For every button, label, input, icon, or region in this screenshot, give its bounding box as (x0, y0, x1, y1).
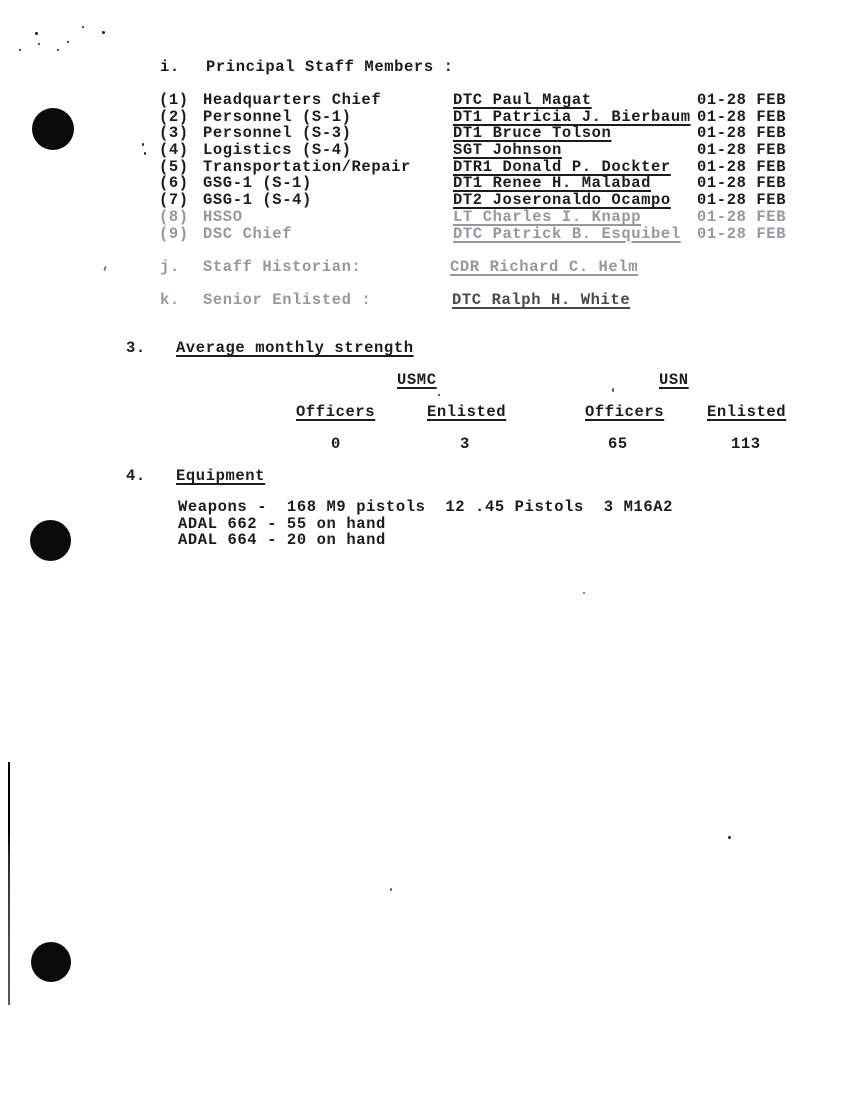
staff-row-label: (9) (159, 226, 203, 243)
staff-name: DTC Patrick B. Esquibel (453, 226, 697, 243)
staff-role: GSG-1 (S-1) (203, 175, 453, 192)
staff-role: Logistics (S-4) (203, 142, 453, 159)
strength-value: 113 (731, 435, 761, 453)
scan-speck (612, 388, 614, 392)
staff-role: Personnel (S-1) (203, 109, 453, 126)
staff-row-label: (3) (159, 125, 203, 142)
staff-name: DTR1 Donald P. Dockter (453, 159, 697, 176)
staff-row-label: (5) (159, 159, 203, 176)
section-3-title: Average monthly strength (176, 339, 414, 357)
section-j-label: Staff Historian: (203, 258, 361, 276)
staff-row: (5)Transportation/RepairDTR1 Donald P. D… (159, 159, 807, 176)
scanned-document-page: i. Principal Staff Members : (1)Headquar… (0, 0, 850, 1097)
equipment-line: ADAL 664 - 20 on hand (178, 532, 673, 549)
scan-speck (38, 43, 40, 45)
staff-date: 01-28 FEB (697, 142, 807, 159)
staff-row: (6)GSG-1 (S-1)DT1 Renee H. Malabad01-28 … (159, 175, 807, 192)
hole-punch-mark (30, 520, 71, 561)
staff-row: (1)Headquarters ChiefDTC Paul Magat01-28… (159, 92, 807, 109)
equipment-line: ADAL 662 - 55 on hand (178, 516, 673, 533)
staff-name: DT1 Renee H. Malabad (453, 175, 697, 192)
staff-role: Transportation/Repair (203, 159, 453, 176)
staff-row-label: (7) (159, 192, 203, 209)
scan-speck (438, 394, 440, 396)
hole-punch-mark (32, 108, 74, 150)
senior-enlisted-name: DTC Ralph H. White (452, 291, 630, 309)
staff-row-label: (1) (159, 92, 203, 109)
staff-name: SGT Johnson (453, 142, 697, 159)
strength-column-header: Officers (296, 403, 375, 421)
scan-speck (142, 143, 144, 146)
staff-role: HSSO (203, 209, 453, 226)
staff-historian-name: CDR Richard C. Helm (450, 258, 638, 276)
strength-column-header: Enlisted (427, 403, 506, 421)
strength-group-header: USN (659, 371, 689, 389)
section-3-number: 3. (126, 339, 146, 357)
scan-speck (583, 592, 585, 594)
strength-column-header: Enlisted (707, 403, 786, 421)
equipment-lines: Weapons - 168 M9 pistols 12 .45 Pistols … (178, 499, 673, 549)
scan-speck (35, 32, 38, 35)
staff-date: 01-28 FEB (697, 125, 807, 142)
staff-name: DT1 Patricia J. Bierbaum (453, 109, 697, 126)
staff-date: 01-28 FEB (697, 175, 807, 192)
staff-date: 01-28 FEB (697, 209, 807, 226)
scan-edge-line (8, 762, 10, 1005)
section-i-title: Principal Staff Members : (206, 58, 454, 76)
staff-row: (9)DSC ChiefDTC Patrick B. Esquibel01-28… (159, 226, 807, 243)
staff-name: LT Charles I. Knapp (453, 209, 697, 226)
scan-speck (390, 888, 392, 891)
section-4-title: Equipment (176, 467, 265, 485)
staff-name: DTC Paul Magat (453, 92, 697, 109)
section-k-number: k. (160, 291, 180, 309)
scan-speck (57, 49, 59, 51)
scan-speck (144, 152, 146, 155)
scan-speck (82, 26, 84, 28)
strength-group-header: USMC (397, 371, 437, 389)
section-i-number: i. (160, 58, 180, 76)
staff-date: 01-28 FEB (697, 92, 807, 109)
staff-row-label: (6) (159, 175, 203, 192)
scan-speck (103, 266, 107, 271)
strength-value: 3 (460, 435, 470, 453)
section-j-number: j. (160, 258, 180, 276)
scan-speck (67, 41, 69, 43)
staff-date: 01-28 FEB (697, 159, 807, 176)
staff-name: DT2 Joseronaldo Ocampo (453, 192, 697, 209)
staff-row: (2)Personnel (S-1)DT1 Patricia J. Bierba… (159, 109, 807, 126)
staff-name: DT1 Bruce Tolson (453, 125, 697, 142)
hole-punch-mark (31, 942, 71, 982)
staff-row: (4)Logistics (S-4)SGT Johnson01-28 FEB (159, 142, 807, 159)
equipment-line: Weapons - 168 M9 pistols 12 .45 Pistols … (178, 499, 673, 516)
staff-row-label: (2) (159, 109, 203, 126)
principal-staff-table: (1)Headquarters ChiefDTC Paul Magat01-28… (159, 92, 807, 242)
staff-date: 01-28 FEB (697, 109, 807, 126)
staff-row-label: (8) (159, 209, 203, 226)
staff-row-label: (4) (159, 142, 203, 159)
staff-role: Personnel (S-3) (203, 125, 453, 142)
section-k-label: Senior Enlisted : (203, 291, 371, 309)
scan-speck (19, 49, 21, 51)
staff-date: 01-28 FEB (697, 192, 807, 209)
staff-row: (8)HSSOLT Charles I. Knapp01-28 FEB (159, 209, 807, 226)
section-4-number: 4. (126, 467, 146, 485)
staff-role: DSC Chief (203, 226, 453, 243)
staff-row: (3)Personnel (S-3)DT1 Bruce Tolson01-28 … (159, 125, 807, 142)
scan-speck (728, 836, 731, 839)
staff-date: 01-28 FEB (697, 226, 807, 243)
scan-speck (102, 31, 105, 34)
staff-row: (7)GSG-1 (S-4)DT2 Joseronaldo Ocampo01-2… (159, 192, 807, 209)
strength-column-header: Officers (585, 403, 664, 421)
staff-role: GSG-1 (S-4) (203, 192, 453, 209)
strength-value: 0 (331, 435, 341, 453)
staff-role: Headquarters Chief (203, 92, 453, 109)
strength-value: 65 (608, 435, 628, 453)
